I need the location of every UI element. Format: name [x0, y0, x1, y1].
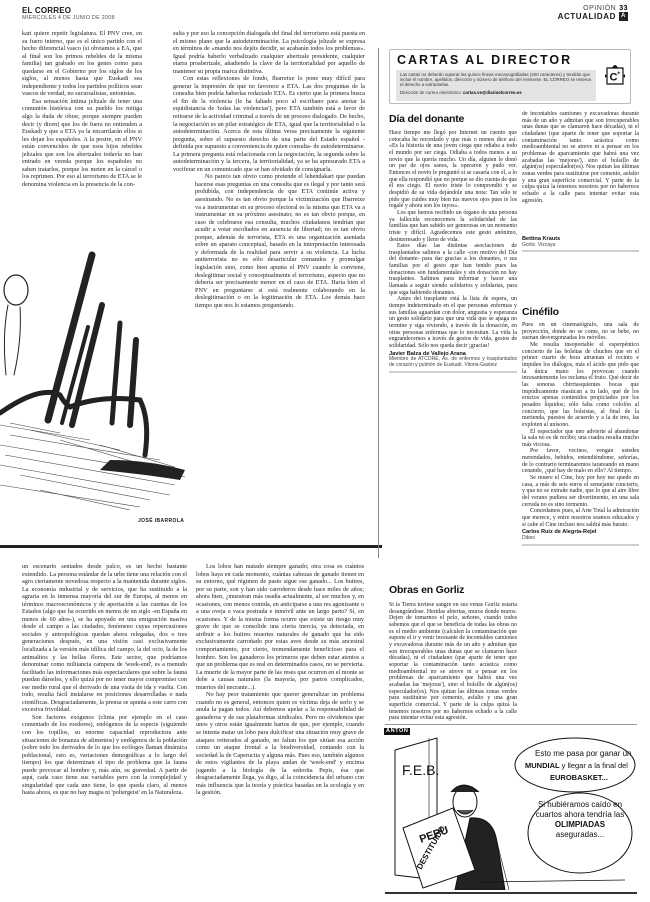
paragraph: Hace tiempo me llegó por Internet un cue…: [389, 130, 517, 210]
paragraph: Por favor, vecinos, vengan ustedes meren…: [522, 448, 639, 475]
bubble-2-line-a: Si hubiéramos caído en cuartos ahora ten…: [536, 800, 625, 819]
bubble-1-eurobasket: EUROBASKET...: [550, 773, 608, 782]
section-opinion: OPINIÓN33: [558, 5, 628, 12]
section-divider: [0, 545, 382, 548]
svg-text:Esto me pasa por ganar un: Esto me pasa por ganar un: [535, 749, 632, 758]
bubble-1-mundial: MUNDIAL: [525, 761, 560, 770]
paragraph: Los lobos han matado siempre ganado; otr…: [196, 563, 364, 691]
section-letter-badge: A: [619, 12, 628, 21]
letters-rules: Las cartas no deberán superar las quince…: [396, 70, 596, 101]
paragraph: No parece tan obvio como pretende el leh…: [195, 173, 365, 309]
letters-email-line: Dirección de correo electrónico: cartas.…: [400, 90, 592, 95]
email-label: Dirección de correo electrónico:: [400, 90, 462, 95]
letter-signature-detail: Miembro de ATCORE, As. de enfermos y tra…: [389, 357, 517, 368]
paragraph: Los que hemos recibido un órgano de una …: [389, 210, 517, 243]
article-bottom-column-1: un escenario sentados desde palco, es un…: [22, 563, 187, 797]
article-bottom-column-2: Los lobos han matado siempre ganado; otr…: [196, 563, 364, 797]
correo-c-logo-icon: C +: [603, 62, 627, 86]
section-actualidad: ACTUALIDADA: [558, 12, 628, 21]
paragraph: Antes del trasplante está la lista de es…: [389, 296, 517, 349]
paragraph: Con estas reflexiones de fondo, Ibarretx…: [173, 75, 365, 173]
page-number: 33: [619, 5, 628, 12]
letter-signature-detail: Dibeo: [522, 536, 639, 542]
editorial-illustration: [0, 245, 190, 535]
paragraph: Se muere el Cine, hoy por hoy me quedo e…: [522, 475, 639, 508]
letters-rules-text: Las cartas no deberán superar las quince…: [400, 72, 592, 88]
letter-title-obras-en-gorliz: Obras en Gorliz: [389, 584, 464, 596]
letter-obras-en-gorliz-part-1: Si la Tierra tuviese sangre en sus venas…: [389, 602, 517, 724]
paragraph: Si la Tierra tuviese sangre en sus venas…: [389, 602, 517, 722]
bubble-2-olimpiadas: OLIMPIADAS: [555, 820, 605, 829]
newspaper-name: EL CORREO: [22, 6, 115, 15]
letter-separator: [522, 544, 639, 546]
paragraph: Me resulta insoportable el esperpéntico …: [522, 342, 639, 429]
cartoon-top-rule: [385, 724, 637, 725]
bubble-2-line-c: aseguradas...: [556, 830, 604, 839]
letter-dia-del-donante: Hace tiempo me llegó por Internet un cue…: [389, 130, 517, 373]
article-top-column-1: kari quiere repetir legislatura. El PNV …: [22, 30, 142, 188]
svg-text:MUNDIAL y llegar a la final de: MUNDIAL y llegar a la final del: [525, 761, 628, 770]
paragraph: Estos días las distintas asociaciones de…: [389, 243, 517, 296]
letters-to-editor-banner: CARTAS AL DIRECTOR Las cartas no deberán…: [389, 49, 631, 104]
paragraph: Son factores exógenos (clima por ejemplo…: [22, 714, 187, 797]
letters-section-title: CARTAS AL DIRECTOR: [397, 53, 572, 67]
paragraph: No hay peor tratamiento que querer gener…: [196, 691, 364, 797]
paragraph: Concedamos pues, al Arte Total la admira…: [522, 508, 639, 528]
paragraph: Esa sensación íntima jeltzale de tener u…: [22, 98, 142, 189]
letter-signature-detail: Gorliz. Vizcaya: [522, 243, 639, 249]
section-main-label: ACTUALIDAD: [558, 12, 616, 21]
letter-signature: Carlos Ruiz de Alegría-Rejel: [522, 529, 639, 536]
editorial-cartoon: F.E.B. PEPU DESTITUIDO Esto me pasa por …: [385, 730, 637, 890]
column-divider: [378, 48, 379, 558]
masthead: EL CORREO MIÉRCOLES 4 DE JUNIO DE 2008: [22, 6, 115, 21]
letter-separator: [522, 250, 639, 252]
paragraph: sulta y por eso la concepción dialogada …: [173, 30, 365, 75]
letter-separator: [389, 371, 517, 373]
paragraph-continued: de incontables camiones y excavadoras du…: [522, 111, 639, 235]
paragraph: kari quiere repetir legislatura. El PNV …: [22, 30, 142, 98]
paragraph: Pues en un cinematógrafo, una sala de pr…: [522, 322, 639, 342]
bubble-1-line-a: Esto me pasa por ganar un: [535, 749, 632, 758]
letter-cinefilo: Pues en un cinematógrafo, una sala de pr…: [522, 322, 639, 546]
issue-date: MIÉRCOLES 4 DE JUNIO DE 2008: [22, 15, 115, 21]
illustration-credit: JOSÉ IBARROLA: [138, 518, 184, 524]
letter-title-dia-del-donante: Día del donante: [389, 113, 464, 125]
letter-title-cinefilo: Cinéfilo: [522, 306, 559, 318]
paragraph: El espectador que uno advierte al abando…: [522, 429, 639, 449]
paragraph: un escenario sentados desde palco, es un…: [22, 563, 187, 714]
section-top-label: OPINIÓN: [583, 5, 616, 12]
cartoon-author-label: ANTON: [384, 728, 410, 735]
svg-text:+: +: [617, 71, 621, 77]
section-header: OPINIÓN33 ACTUALIDADA: [558, 5, 628, 21]
cartoon-bottom-rule: [385, 892, 637, 894]
bubble-1-line-c: y llegar a la final del: [562, 761, 629, 770]
letter-obras-en-gorliz-part-2: de incontables camiones y excavadoras du…: [522, 111, 639, 252]
door-sign: F.E.B.: [402, 762, 439, 778]
email-link[interactable]: cartas.ve@diarioelcorreo.es: [463, 90, 522, 95]
